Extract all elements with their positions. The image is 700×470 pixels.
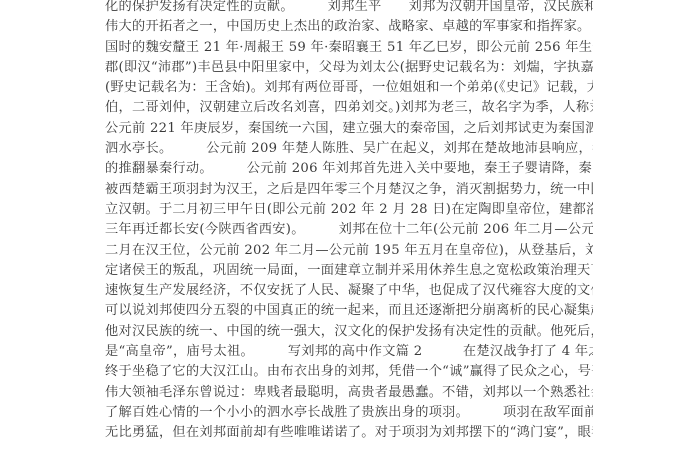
document-body: 化的保护发扬有决定性的贡献。 刘邦生平 刘邦为汉朝开国皇帝，汉民族和汉文化 伟大… (105, 0, 593, 444)
text-line: 定诸侯王的叛乱，巩固统一局面，一面建章立制并采用休养生息之宽松政策治理天下，迅 (105, 261, 593, 281)
text-line: 郡(即汉“沛郡”)丰邑县中阳里家中，父母为刘太公(据野史记载名为：刘煓，字执嘉)… (105, 58, 593, 78)
text-line: 他对汉民族的统一、中国的统一强大，汉文化的保护发扬有决定性的贡献。他死后，谥号 (105, 322, 593, 342)
text-line: 公元前 221 年庚辰岁，秦国统一六国，建立强大的秦帝国，之后刘邦试吏为秦国泗水… (105, 119, 593, 139)
text-line: (野史记载名为：王含始)。刘邦有两位哥哥，一位姐姐和一个弟弟(《史记》记载，大哥… (105, 78, 593, 98)
text-line: 伯，二哥刘仲，汉朝建立后改名刘喜，四弟刘交。)刘邦为老三，故名字为季，人称刘季。 (105, 98, 593, 118)
text-line: 三年再迁都长安(今陕西省西安)。 刘邦在位十二年(公元前 206 年二月—公元前… (105, 220, 593, 240)
text-line: 立汉朝。于二月初三甲午日(即公元前 202 年 2 月 28 日)在定陶即皇帝位… (105, 200, 593, 220)
text-line: 终于坐稳了它的大汉江山。由布衣出身的刘邦，凭借一个“诚”赢得了民众之心，号召之力… (105, 362, 593, 382)
text-line: 泗水亭长。 公元前 209 年楚人陈胜、吴广在起义，刘邦在楚故地沛县响应，参与秦… (105, 139, 593, 159)
text-line: 国时的魏安釐王 21 年·周赧王 59 年·秦昭襄王 51 年乙巳岁，即公元前 … (105, 38, 593, 58)
text-line: 二月在汉王位，公元前 202 年二月—公元前 195 年五月在皇帝位)，从登基后… (105, 241, 593, 261)
text-line: 了解百姓心情的一个小小的泗水亭长战胜了贵族出身的项羽。 项羽在敌军面前表现的 (105, 403, 593, 423)
text-line: 伟大的开拓者之一，中国历史上杰出的政治家、战略家、卓越的军事家和指挥家。 战 (105, 17, 593, 37)
text-line: 是“高皇帝”，庙号太祖。 写刘邦的高中作文篇 2 在楚汉战争打了 4 年之后，刘… (105, 342, 593, 362)
text-line: 伟大领袖毛泽东曾说过：卑贱者最聪明，高贵者最愚蠢。不错，刘邦以一个熟悉社会生活， (105, 383, 593, 403)
text-line: 化的保护发扬有决定性的贡献。 刘邦生平 刘邦为汉朝开国皇帝，汉民族和汉文化 (105, 0, 593, 17)
text-line: 的推翻暴秦行动。 公元前 206 年刘邦首先进入关中要地，秦王子婴请降，秦国灭亡… (105, 159, 593, 179)
text-line: 可以说刘邦使四分五裂的中国真正的统一起来，而且还逐渐把分崩离析的民心凝集起来。 (105, 301, 593, 321)
text-line: 无比勇猛，但在刘邦面前却有些唯唯诺诺了。对于项羽为刘邦摆下的“鸿门宴”，眼看就要 (105, 423, 593, 443)
text-line: 被西楚霸王项羽封为汉王，之后是四年零三个月楚汉之争，消灭割据势力，统一中国，建 (105, 180, 593, 200)
text-line: 速恢复生产发展经济，不仅安抚了人民、凝聚了中华，也促成了汉代雍容大度的文化基础。 (105, 281, 593, 301)
